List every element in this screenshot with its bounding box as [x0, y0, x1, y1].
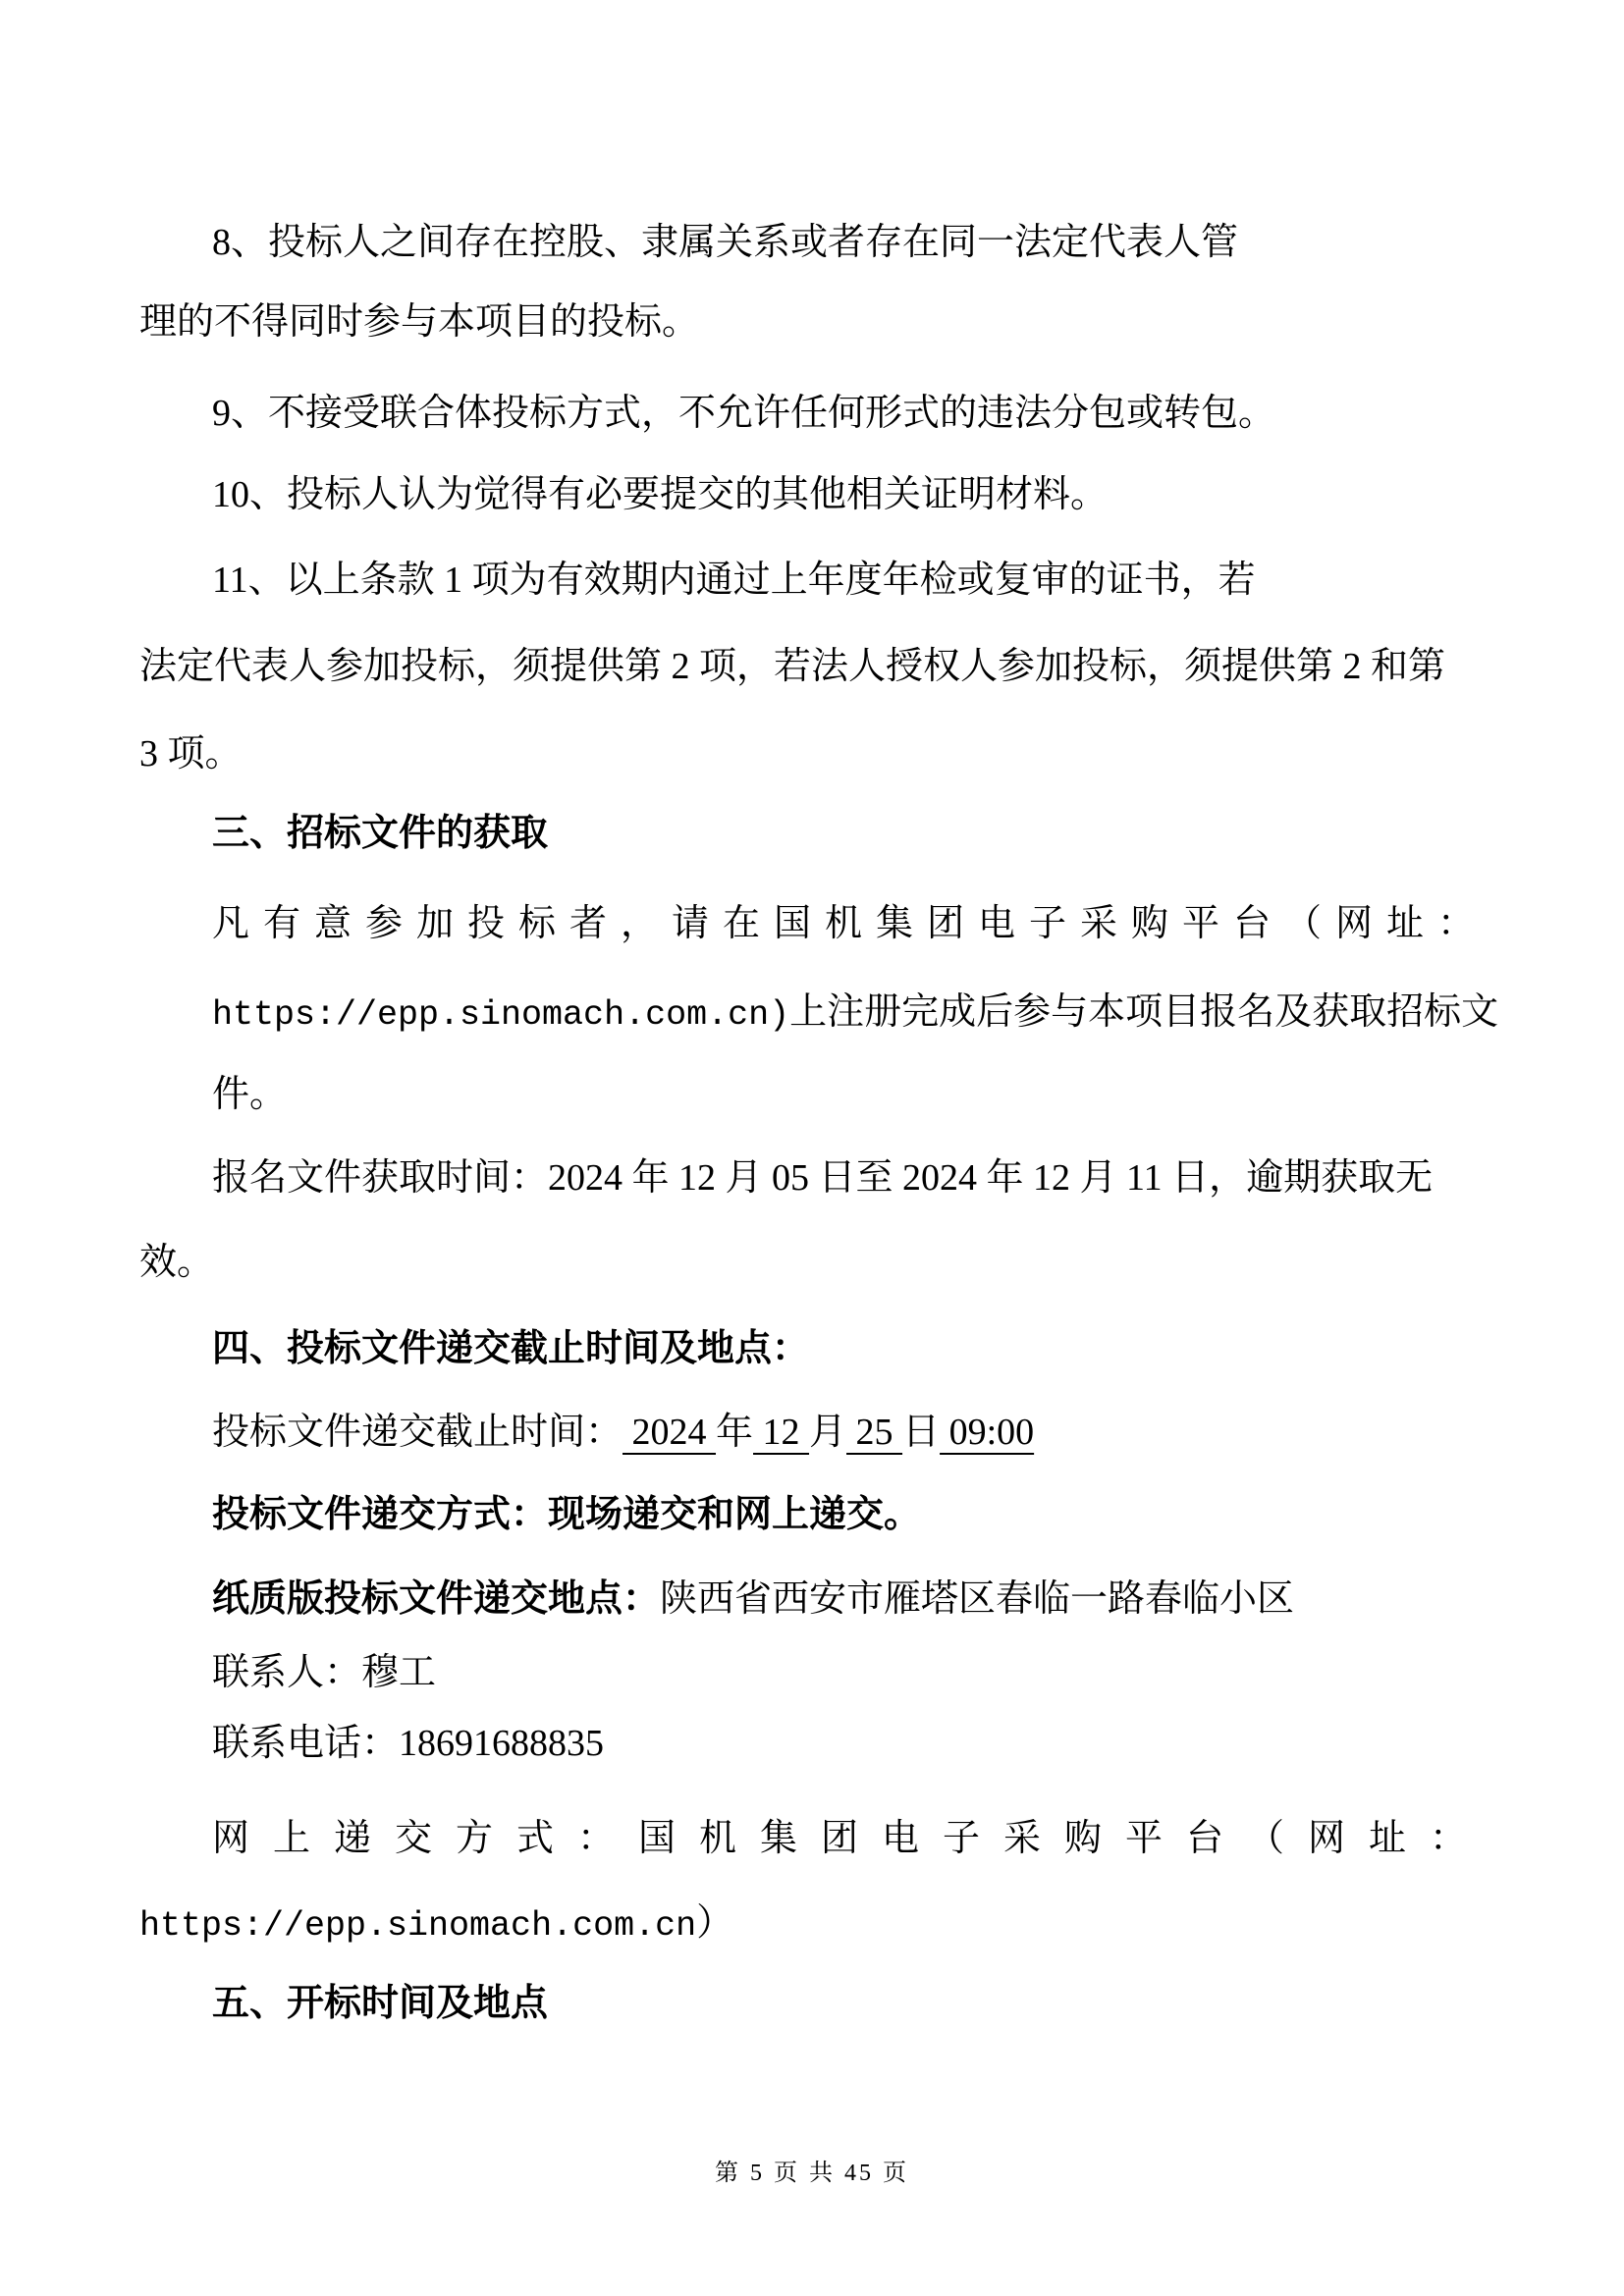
text-segment: 25: [846, 1412, 902, 1453]
text-segment: 9、不接受联合体投标方式，不允许任何形式的违法分包或转包。: [212, 393, 1275, 434]
document-line: 投标文件递交截止时间： 2024 年 12 月 25 日 09:00: [212, 1412, 1034, 1455]
text-segment: 联系人：穆工: [212, 1652, 436, 1693]
document-line: https://epp.sinomach.com.cn)上注册完成后参与本项目报…: [212, 991, 1498, 1035]
text-segment: 四、投标文件递交截止时间及地点：: [212, 1328, 809, 1369]
text-segment: 2024: [623, 1412, 716, 1453]
text-segment: 投标文件递交方式：现场递交和网上递交。: [212, 1494, 921, 1535]
document-page: 8、投标人之间存在控股、隶属关系或者存在同一法定代表人管理的不得同时参与本项目的…: [0, 0, 1624, 2296]
document-line: 件。: [212, 1074, 287, 1117]
document-line: 8、投标人之间存在控股、隶属关系或者存在同一法定代表人管: [212, 222, 1238, 265]
url-text: https://epp.sinomach.com.cn: [139, 1906, 696, 1946]
document-line: 纸质版投标文件递交地点：陕西省西安市雁塔区春临一路春临小区: [212, 1578, 1294, 1622]
document-line: 法定代表人参加投标，须提供第 2 项，若法人授权人参加投标，须提供第 2 和第: [139, 646, 1445, 689]
text-segment: 年: [716, 1412, 753, 1453]
document-line: 10、投标人认为觉得有必要提交的其他相关证明材料。: [212, 474, 1108, 517]
page-footer: 第 5 页 共 45 页: [0, 2153, 1624, 2187]
text-segment: 投标文件递交截止时间：: [212, 1412, 623, 1453]
document-line: 效。: [139, 1242, 214, 1285]
document-line: 联系人：穆工: [212, 1652, 436, 1695]
text-segment: 件。: [212, 1074, 287, 1115]
document-line: 四、投标文件递交截止时间及地点：: [212, 1328, 809, 1371]
text-segment: 理的不得同时参与本项目的投标。: [139, 301, 699, 343]
text-segment: 五、开标时间及地点: [212, 1983, 548, 2024]
document-line: https://epp.sinomach.com.cn）: [139, 1902, 733, 1946]
text-segment: 10、投标人认为觉得有必要提交的其他相关证明材料。: [212, 474, 1108, 515]
text-segment: 效。: [139, 1242, 214, 1283]
document-line: 网上递交方式：国机集团电子采购平台（网址：: [212, 1818, 1490, 1861]
text-segment: 上注册完成后参与本项目报名及获取招标文: [789, 991, 1498, 1033]
text-segment: 8、投标人之间存在控股、隶属关系或者存在同一法定代表人管: [212, 222, 1238, 263]
document-line: 3 项。: [139, 733, 243, 776]
text-segment: 报名文件获取时间：2024 年 12 月 05 日至 2024 年 12 月 1…: [212, 1157, 1433, 1199]
document-line: 凡有意参加投标者，请在国机集团电子采购平台（网址：: [212, 903, 1489, 946]
text-segment: 凡有意参加投标者，请在国机集团电子采购平台（网址：: [212, 903, 1489, 944]
text-segment: 12: [753, 1412, 809, 1453]
text-segment: 陕西省西安市雁塔区春临一路春临小区: [660, 1578, 1294, 1620]
text-segment: ）: [696, 1902, 733, 1944]
document-line: 三、招标文件的获取: [212, 813, 548, 856]
url-text: https://epp.sinomach.com.cn): [212, 995, 789, 1035]
text-segment: 日: [902, 1412, 940, 1453]
document-line: 11、以上条款 1 项为有效期内通过上年度年检或复审的证书，若: [212, 560, 1256, 603]
text-segment: 月: [809, 1412, 846, 1453]
text-segment: 3 项。: [139, 733, 243, 774]
document-line: 投标文件递交方式：现场递交和网上递交。: [212, 1494, 921, 1537]
text-segment: 联系电话：18691688835: [212, 1723, 604, 1764]
text-segment: 法定代表人参加投标，须提供第 2 项，若法人授权人参加投标，须提供第 2 和第: [139, 646, 1445, 687]
text-segment: 09:00: [940, 1412, 1034, 1453]
document-line: 五、开标时间及地点: [212, 1983, 548, 2026]
document-line: 报名文件获取时间：2024 年 12 月 05 日至 2024 年 12 月 1…: [212, 1157, 1433, 1201]
document-line: 理的不得同时参与本项目的投标。: [139, 301, 699, 345]
document-line: 9、不接受联合体投标方式，不允许任何形式的违法分包或转包。: [212, 393, 1275, 436]
text-segment: 纸质版投标文件递交地点：: [212, 1578, 660, 1620]
document-line: 联系电话：18691688835: [212, 1723, 604, 1766]
text-segment: 网上递交方式：国机集团电子采购平台（网址：: [212, 1818, 1490, 1859]
text-segment: 11、以上条款 1 项为有效期内通过上年度年检或复审的证书，若: [212, 560, 1256, 601]
text-segment: 三、招标文件的获取: [212, 813, 548, 854]
